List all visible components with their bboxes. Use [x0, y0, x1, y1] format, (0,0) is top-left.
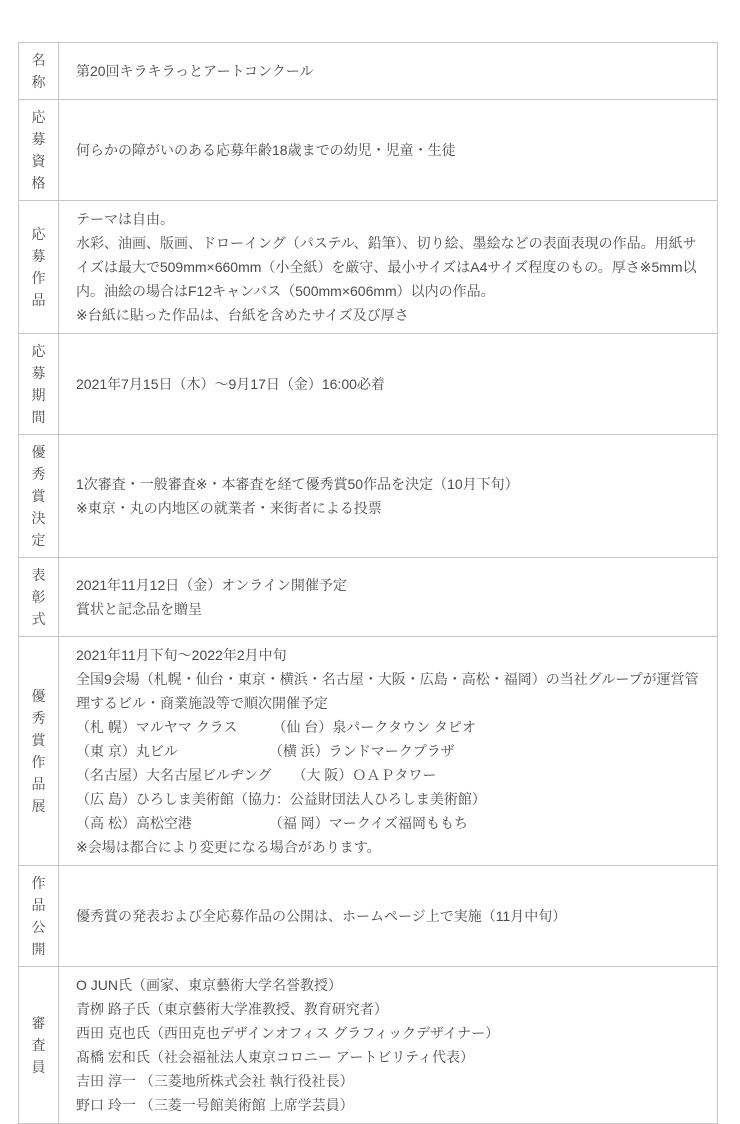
row-content: 優秀賞の発表および全応募作品の公開は、ホームページ上で実施（11月中旬）: [59, 866, 718, 967]
table-row-judges: 審査員 O JUN氏（画家、東京藝術大学名誉教授） 青栁 路子氏（東京藝術大学准…: [19, 967, 718, 1124]
row-label: 審査員: [31, 1012, 46, 1078]
table-row-works-publication: 作品公開 優秀賞の発表および全応募作品の公開は、ホームページ上で実施（11月中旬…: [19, 866, 718, 967]
row-header-cell: 作品公開: [19, 866, 59, 967]
row-content: テーマは自由。 水彩、油画、版画、ドローイング（パステル、鉛筆）、切り絵、墨絵な…: [59, 201, 718, 334]
page: 名称 第20回キラキラっとアートコンクール 応募資格 何らかの障がいのある応募年…: [0, 0, 740, 1112]
row-header-cell: 応募資格: [19, 100, 59, 201]
row-label: 表彰式: [31, 564, 46, 630]
row-label: 優秀賞作品展: [31, 685, 46, 817]
row-content: 2021年11月下旬～2022年2月中旬 全国9会場（札幌・仙台・東京・横浜・名…: [59, 637, 718, 866]
row-content: 2021年7月15日（木）～9月17日（金）16:00必着: [59, 334, 718, 435]
row-header-cell: 表彰式: [19, 558, 59, 637]
row-label: 優秀賞決定: [31, 441, 46, 551]
row-content: 第20回キラキラっとアートコンクール: [59, 43, 718, 100]
row-header-cell: 優秀賞作品展: [19, 637, 59, 866]
table-row-exhibition: 優秀賞作品展 2021年11月下旬～2022年2月中旬 全国9会場（札幌・仙台・…: [19, 637, 718, 866]
row-label: 応募期間: [31, 340, 46, 428]
row-content: 何らかの障がいのある応募年齢18歳までの幼児・児童・生徒: [59, 100, 718, 201]
row-header-cell: 優秀賞決定: [19, 435, 59, 558]
table-row-award-decision: 優秀賞決定 1次審査・一般審査※・本審査を経て優秀賞50作品を決定（10月下旬）…: [19, 435, 718, 558]
row-header-cell: 応募期間: [19, 334, 59, 435]
row-content: 2021年11月12日（金）オンライン開催予定 賞状と記念品を贈呈: [59, 558, 718, 637]
contest-info-table: 名称 第20回キラキラっとアートコンクール 応募資格 何らかの障がいのある応募年…: [18, 42, 718, 1124]
table-row-entry-works: 応募作品 テーマは自由。 水彩、油画、版画、ドローイング（パステル、鉛筆）、切り…: [19, 201, 718, 334]
row-label: 応募作品: [31, 223, 46, 311]
row-content: O JUN氏（画家、東京藝術大学名誉教授） 青栁 路子氏（東京藝術大学准教授、教…: [59, 967, 718, 1124]
table-row-entry-period: 応募期間 2021年7月15日（木）～9月17日（金）16:00必着: [19, 334, 718, 435]
row-label: 応募資格: [31, 106, 46, 194]
table-row-name: 名称 第20回キラキラっとアートコンクール: [19, 43, 718, 100]
table-row-award-ceremony: 表彰式 2021年11月12日（金）オンライン開催予定 賞状と記念品を贈呈: [19, 558, 718, 637]
row-header-cell: 審査員: [19, 967, 59, 1124]
row-label: 作品公開: [31, 872, 46, 960]
row-header-cell: 名称: [19, 43, 59, 100]
row-content: 1次審査・一般審査※・本審査を経て優秀賞50作品を決定（10月下旬） ※東京・丸…: [59, 435, 718, 558]
row-header-cell: 応募作品: [19, 201, 59, 334]
table-row-eligibility: 応募資格 何らかの障がいのある応募年齢18歳までの幼児・児童・生徒: [19, 100, 718, 201]
row-label: 名称: [31, 49, 46, 93]
